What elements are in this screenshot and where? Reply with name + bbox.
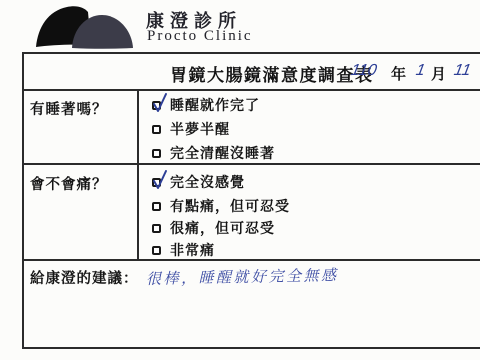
checkbox-empty (152, 202, 161, 211)
option-fully-awake: 完全清醒沒睡著 (152, 145, 275, 161)
scanned-survey-form: 康澄診所 Procto Clinic 胃鏡大腸鏡滿意度調查表 110 年 1 月… (0, 0, 480, 360)
checkbox-checked (152, 101, 161, 110)
option-woke-up-done: 睡醒就作完了 (152, 97, 260, 113)
survey-table: 胃鏡大腸鏡滿意度調查表 110 年 1 月 11 有睡著嗎？ 睡醒就作完了 半夢… (22, 52, 480, 349)
checkbox-empty (152, 149, 161, 158)
option-label: 有點痛，但可忍受 (170, 196, 290, 216)
date-year-handwritten: 110 (349, 62, 378, 80)
option-label: 很痛，但可忍受 (170, 218, 275, 238)
option-label: 睡醒就作完了 (170, 95, 260, 115)
checkbox-checked (152, 178, 161, 187)
divider-question-rows (24, 163, 480, 165)
form-title: 胃鏡大腸鏡滿意度調查表 (170, 61, 374, 86)
divider-suggestion-row (24, 259, 480, 261)
option-no-feeling: 完全沒感覺 (152, 174, 245, 190)
divider-title-row (24, 89, 480, 91)
checkmark-icon (151, 168, 170, 191)
question-sleep-label: 有睡著嗎？ (30, 98, 108, 119)
option-half-awake: 半夢半醒 (152, 121, 230, 137)
divider-column (137, 89, 139, 261)
date-month-handwritten: 1 (414, 62, 426, 80)
clinic-logo (34, 3, 136, 49)
date-month-label: 月 (431, 63, 446, 84)
option-slight-pain: 有點痛，但可忍受 (152, 198, 290, 214)
question-pain-label: 會不會痛？ (30, 173, 108, 194)
option-label: 非常痛 (170, 240, 215, 260)
option-label: 完全清醒沒睡著 (170, 143, 275, 163)
clinic-name-en: Procto Clinic (147, 28, 253, 45)
suggestion-handwritten-text: 很棒，睡醒就好完全無感 (146, 264, 339, 289)
option-label: 半夢半醒 (170, 119, 230, 139)
date-year-label: 年 (391, 63, 406, 84)
checkbox-empty (152, 246, 161, 255)
checkmark-icon (151, 91, 170, 114)
checkbox-empty (152, 125, 161, 134)
option-very-painful-bearable: 很痛，但可忍受 (152, 220, 275, 236)
option-extremely-painful: 非常痛 (152, 242, 215, 258)
option-label: 完全沒感覺 (170, 172, 245, 192)
suggestion-label: 給康澄的建議： (30, 267, 139, 288)
checkbox-empty (152, 224, 161, 233)
date-day-handwritten: 11 (452, 62, 472, 80)
